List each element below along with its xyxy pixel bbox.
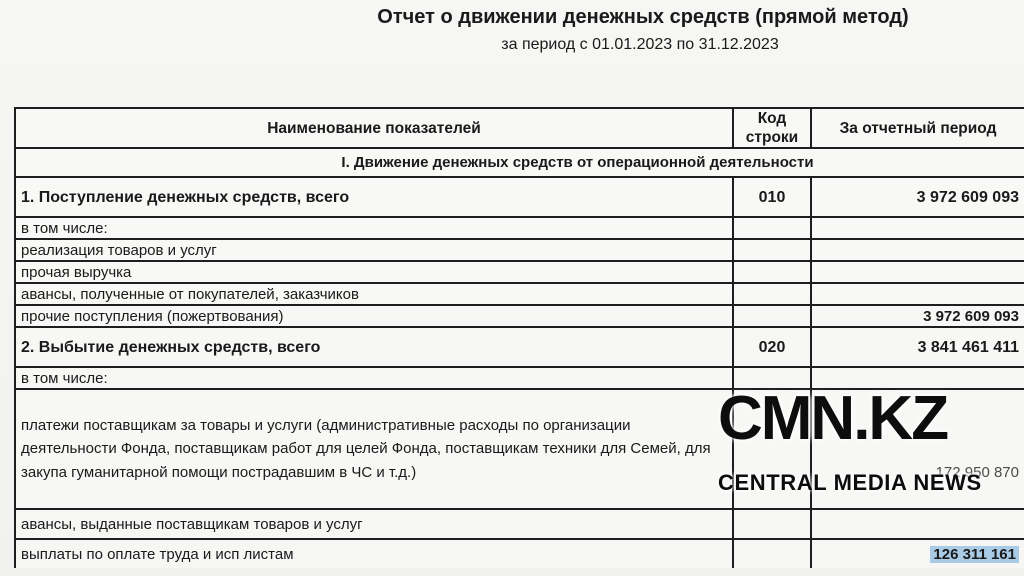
header-value: За отчетный период — [811, 108, 1024, 148]
row-value: 3 972 609 093 — [811, 305, 1024, 327]
row-code — [733, 239, 811, 261]
table-header-row: Наименование показателей Код строки За о… — [15, 108, 1024, 148]
table-row: выплаты по оплате труда и исп листам 126… — [15, 539, 1024, 568]
row-name: 1. Поступление денежных средств, всего — [15, 177, 733, 217]
document-subtitle: за период с 01.01.2023 по 31.12.2023 — [440, 36, 840, 54]
row-value: 3 972 609 093 — [811, 177, 1024, 217]
row-name: реализация товаров и услуг — [15, 239, 733, 261]
row-value — [811, 283, 1024, 305]
row-value: 3 841 461 411 — [811, 327, 1024, 367]
row-value: 126 311 161 — [811, 539, 1024, 568]
row-name: прочая выручка — [15, 261, 733, 283]
header-code: Код строки — [733, 108, 811, 148]
row-code — [733, 261, 811, 283]
table-row: прочая выручка — [15, 261, 1024, 283]
row-value — [811, 239, 1024, 261]
row-name: в том числе: — [15, 217, 733, 239]
section-title: I. Движение денежных средств от операцио… — [15, 148, 1024, 177]
highlighted-value: 126 311 161 — [930, 546, 1019, 563]
document-page: Отчет о движении денежных средств (прямо… — [0, 0, 1024, 576]
table-row: в том числе: — [15, 217, 1024, 239]
row-code — [733, 389, 811, 509]
table-row: авансы, выданные поставщикам товаров и у… — [15, 509, 1024, 539]
row-code — [733, 509, 811, 539]
row-code — [733, 283, 811, 305]
row-code — [733, 305, 811, 327]
row-value — [811, 509, 1024, 539]
document-title: Отчет о движении денежных средств (прямо… — [338, 6, 948, 29]
row-name: авансы, выданные поставщикам товаров и у… — [15, 509, 733, 539]
row-name: в том числе: — [15, 367, 733, 389]
row-value: 172 950 870 — [811, 389, 1024, 509]
table-row: 1. Поступление денежных средств, всего 0… — [15, 177, 1024, 217]
row-name: авансы, полученные от покупателей, заказ… — [15, 283, 733, 305]
row-code: 010 — [733, 177, 811, 217]
table-row: 2. Выбытие денежных средств, всего 020 3… — [15, 327, 1024, 367]
row-name: выплаты по оплате труда и исп листам — [15, 539, 733, 568]
header-code-line1: Код — [758, 110, 787, 127]
cash-flow-table: Наименование показателей Код строки За о… — [14, 107, 1024, 568]
row-value — [811, 367, 1024, 389]
row-code — [733, 539, 811, 568]
row-code: 020 — [733, 327, 811, 367]
row-code — [733, 367, 811, 389]
row-name: платежи поставщикам за товары и услуги (… — [15, 389, 733, 509]
header-code-line2: строки — [746, 129, 798, 146]
row-value — [811, 217, 1024, 239]
section-row: I. Движение денежных средств от операцио… — [15, 148, 1024, 177]
table-row: авансы, полученные от покупателей, заказ… — [15, 283, 1024, 305]
row-value — [811, 261, 1024, 283]
table-row: платежи поставщикам за товары и услуги (… — [15, 389, 1024, 509]
row-code — [733, 217, 811, 239]
table-row: реализация товаров и услуг — [15, 239, 1024, 261]
table-row: в том числе: — [15, 367, 1024, 389]
row-name: 2. Выбытие денежных средств, всего — [15, 327, 733, 367]
table-row: прочие поступления (пожертвования) 3 972… — [15, 305, 1024, 327]
row-name: прочие поступления (пожертвования) — [15, 305, 733, 327]
header-name: Наименование показателей — [15, 108, 733, 148]
